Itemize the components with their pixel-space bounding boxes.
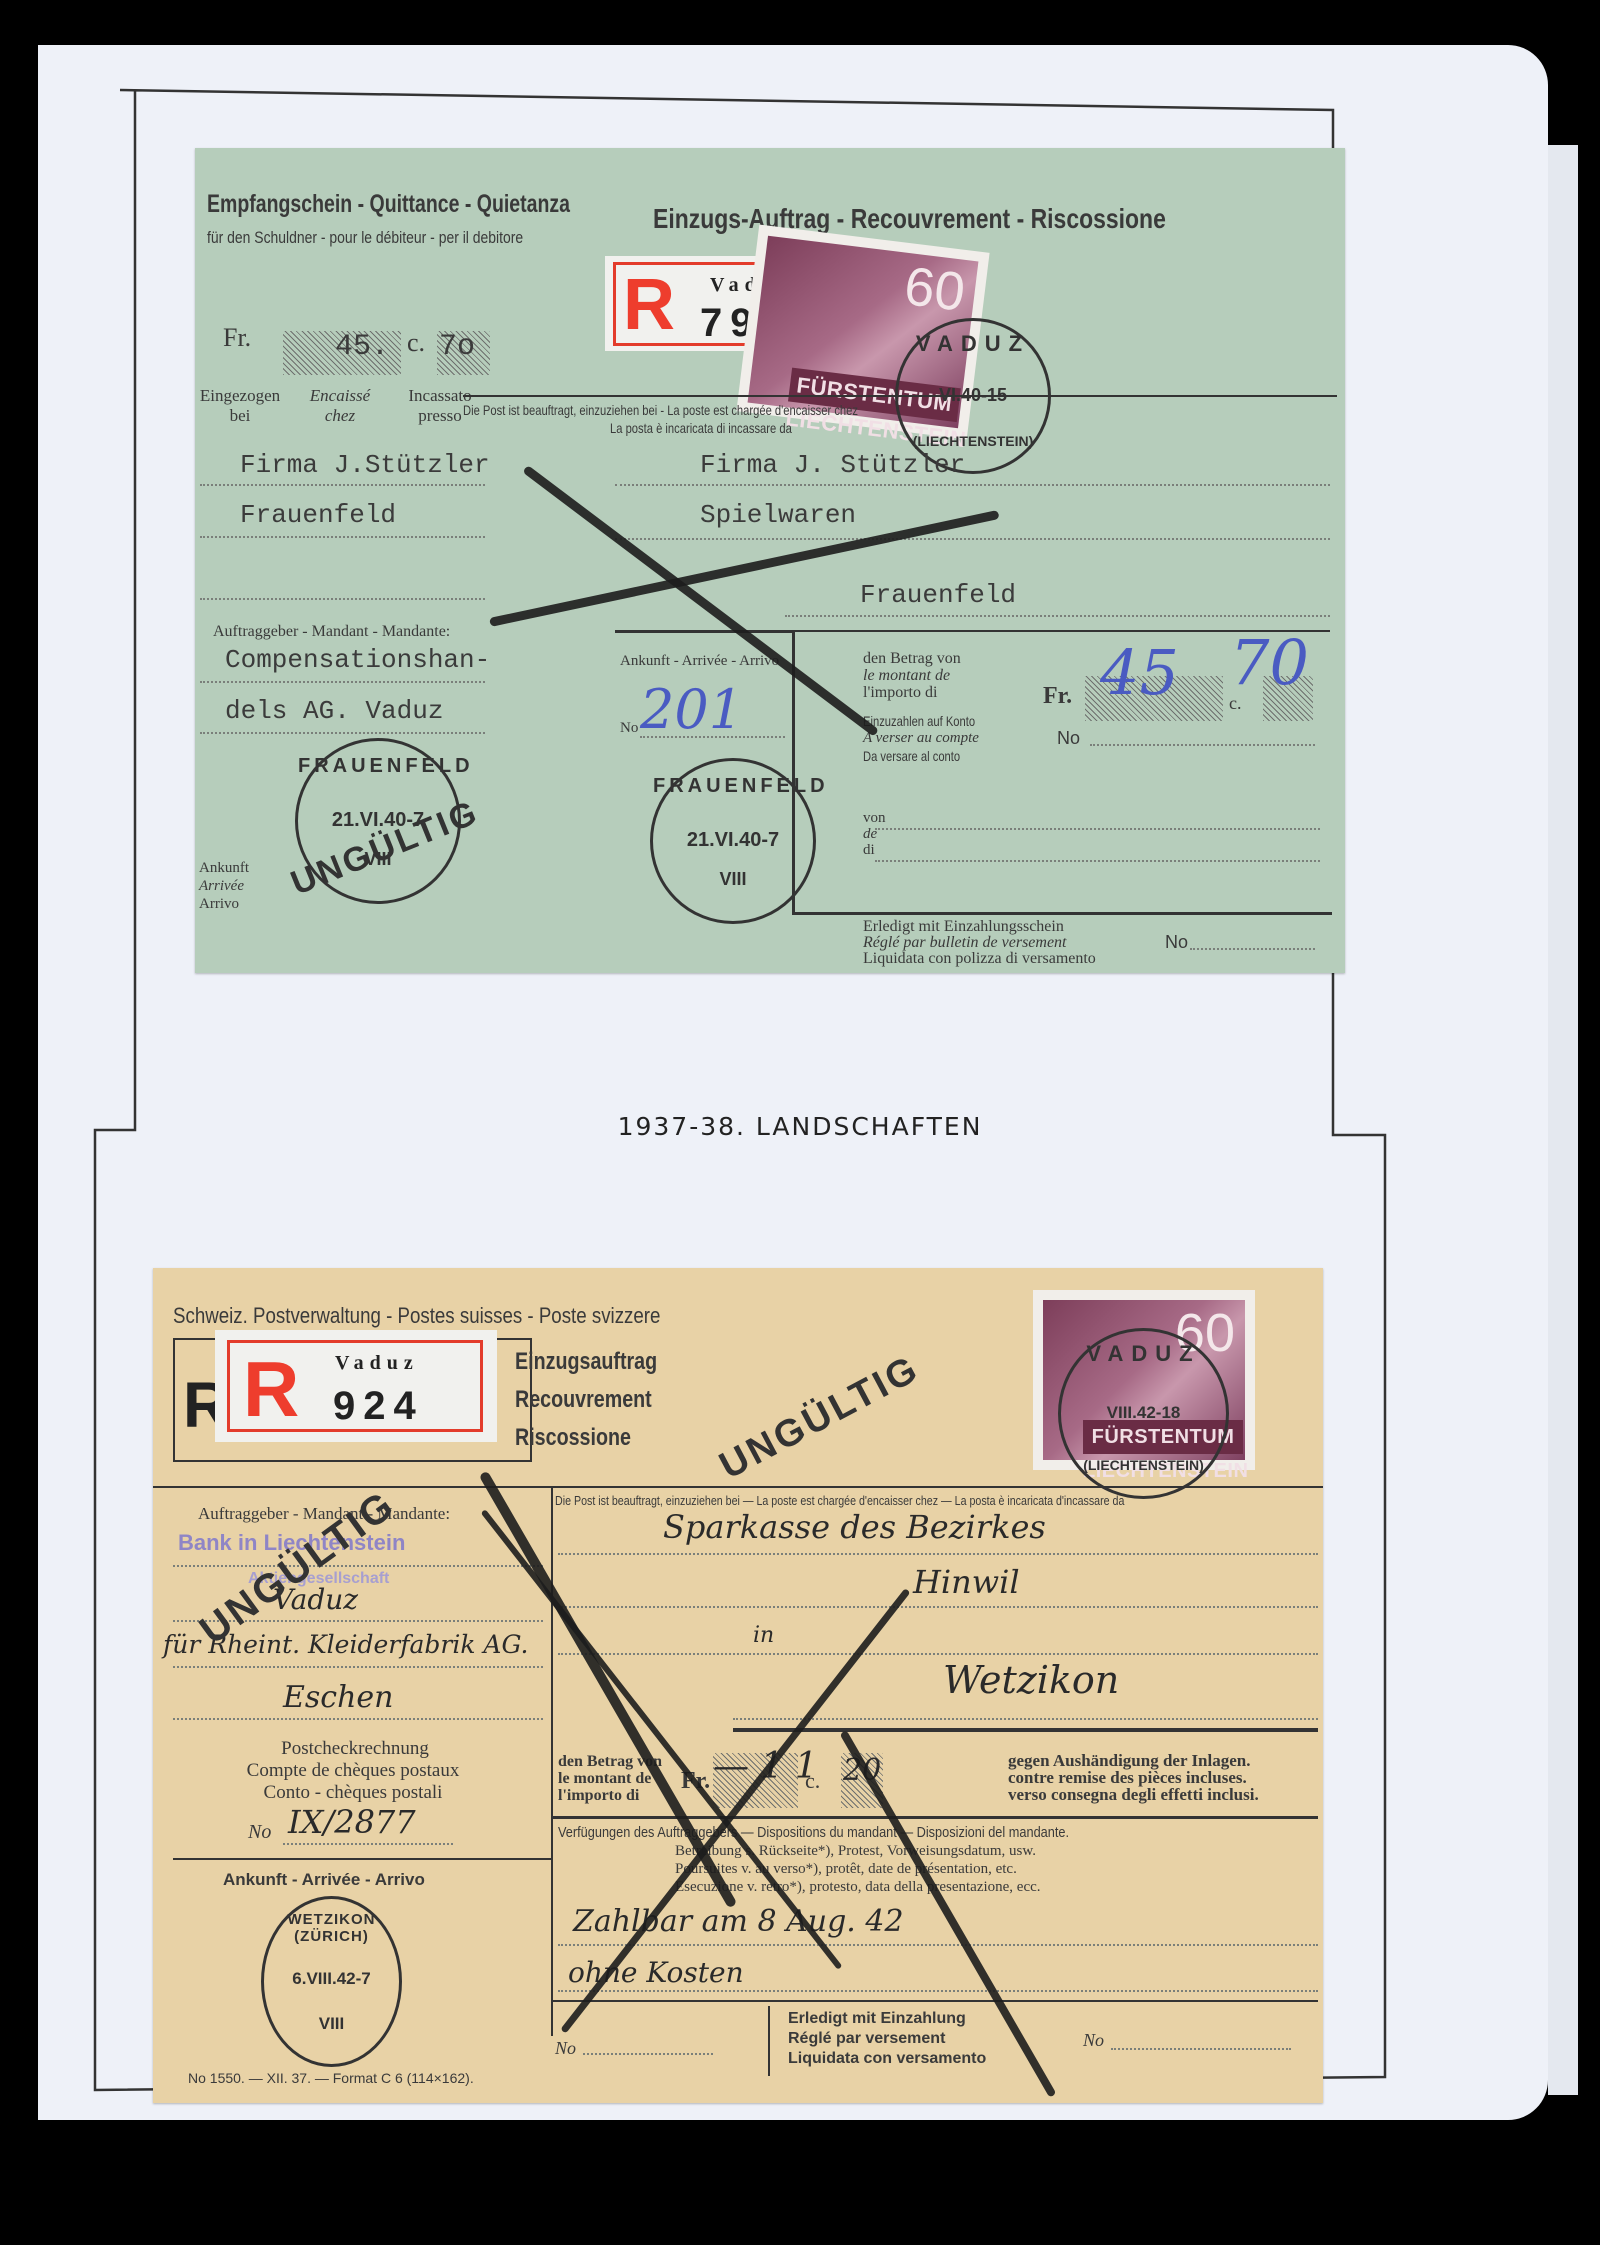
receipt-c-value: 7o [439, 330, 475, 364]
dispositions-line-1: Betreibung s. Rückseite*), Protest, Vorw… [675, 1843, 1036, 1860]
order-arrival-no-label: No [620, 720, 638, 737]
receipt-c-label: c. [407, 328, 425, 358]
addressee-line-1: Firma J. Stützler [700, 450, 965, 480]
postcheck-label-de: Postcheckrechnung [215, 1738, 495, 1760]
from-label-de: von [863, 810, 886, 827]
no-label: No [555, 2038, 576, 2059]
addressee-line-2: Spielwaren [700, 500, 856, 530]
order-instruction: Die Post ist beauftragt, einzuziehen bei… [463, 402, 858, 418]
mandant-line-2: dels AG. Vaduz [225, 696, 443, 726]
account-label-it: Da versare al conto [863, 748, 960, 764]
stamp-value: 60 [901, 255, 968, 324]
registration-label: R Vaduz 924 [215, 1330, 497, 1442]
mandant-line-1: Compensationshan- [225, 645, 490, 675]
registration-town: Vaduz [335, 1352, 419, 1375]
receipt-arrival-de: Ankunft [199, 860, 249, 877]
section-title: 1937-38. LANDSCHAFTEN [0, 1112, 1600, 1141]
order-fr-handwritten: 45 [1100, 636, 1179, 709]
account-label-de: Einzuzahlen auf Konto [863, 713, 975, 729]
addressee-handwritten-2: Hinwil [913, 1563, 1020, 1601]
debtor-line-2: Frauenfeld [240, 500, 396, 530]
registration-number: 924 [333, 1384, 424, 1429]
receipt-fr-value: 45. [335, 330, 389, 364]
order-instruction-it: La posta è incaricata di incassare da [610, 420, 792, 436]
debtor-line-1: Firma J.Stützler [240, 450, 490, 480]
cancel-ungueltig-1: UNGÜLTIG [713, 1347, 927, 1488]
registration-r: R [623, 264, 675, 346]
from-label-it: di [863, 842, 875, 859]
form-number: No 1550. — XII. 37. — Format C 6 (114×16… [188, 2070, 474, 2086]
collected-label-fr: Encaissé chez [295, 386, 385, 426]
order-heading: Einzugs-Auftrag - Recouvrement - Riscoss… [653, 203, 1166, 235]
amount-label-fr: le montant de [558, 1770, 651, 1788]
title-line-1: Einzugsauftrag [515, 1348, 657, 1376]
arrival-label: Ankunft - Arrivée - Arrivo [223, 1870, 425, 1890]
order-arrival-label: Ankunft - Arrivée - Arrivo [620, 653, 779, 670]
addressee-handwritten-1: Sparkasse des Bezirkes [663, 1508, 1046, 1546]
order-amount-label-de: den Betrag von [863, 650, 961, 668]
enclosure-label-it: verso consegna degli effetti inclusi. [1008, 1785, 1259, 1805]
order-amount-label-it: l'importo di [863, 684, 937, 702]
postmark-wetzikon: WETZIKON (ZÜRICH) 6.VIII.42-7 VIII [261, 1896, 402, 2067]
postcheck-no-label: No [248, 1821, 271, 1844]
order-fr-label: Fr. [1043, 683, 1072, 710]
receipt-arrival-it: Arrivo [199, 896, 239, 913]
collection-order-card-1942: Schweiz. Postverwaltung - Postes suisses… [153, 1268, 1323, 2103]
settled-no-label: No [1083, 2030, 1104, 2051]
title-line-2: Recouvrement [515, 1386, 652, 1414]
addressee-handwritten-in: in [753, 1623, 774, 1648]
postcheck-no-value: IX/2877 [288, 1803, 416, 1841]
mandant-handwritten-3: Eschen [283, 1680, 394, 1715]
order-c-handwritten: 70 [1230, 626, 1309, 699]
receipt-heading: Empfangschein - Quittance - Quietanza [207, 190, 570, 219]
addressee-line-3: Frauenfeld [860, 580, 1016, 610]
postcheck-label-fr: Compte de chèques postaux [193, 1760, 513, 1782]
title-line-3: Riscossione [515, 1424, 631, 1452]
dispositions-line-2: Poursuites v. au verso*), protêt, date d… [675, 1861, 1017, 1878]
collection-order-card-1940: Empfangschein - Quittance - Quietanza fü… [195, 148, 1345, 973]
postcheck-label-it: Conto - chèques postali [193, 1782, 513, 1804]
receipt-subheading: für den Schuldner - pour le débiteur - p… [207, 228, 523, 248]
postmark-vaduz: VADUZ VIII.42-18 (LIECHTENSTEIN) [1058, 1328, 1229, 1499]
receipt-fr-label: Fr. [223, 323, 251, 353]
amount-label-it: l'importo di [558, 1787, 639, 1805]
order-amount-label-fr: le montant de [863, 667, 950, 685]
settled-label-de: Erledigt mit Einzahlung [788, 2010, 966, 2028]
settled-no-label: No [1165, 932, 1188, 953]
receipt-arrival-fr: Arrivée [199, 878, 244, 895]
postmark-frauenfeld-2: FRAUENFELD 21.VI.40-7 VIII [650, 758, 816, 924]
dispositions-handwritten-1: Zahlbar am 8 Aug. 42 [573, 1904, 904, 1939]
postal-admin-header: Schweiz. Postverwaltung - Postes suisses… [173, 1303, 660, 1329]
dispositions-heading: Verfügungen des Auftraggebers — Disposit… [558, 1824, 1069, 1841]
registration-r: R [243, 1344, 299, 1435]
settled-label-it: Liquidata con versamento [788, 2050, 986, 2068]
account-label-fr: A verser au compte [863, 730, 979, 747]
collected-label-de: Eingezogen bei [195, 386, 285, 426]
settled-label-fr: Réglé par versement [788, 2030, 945, 2048]
mandant-label: Auftraggeber - Mandant - Mandante: [213, 623, 450, 641]
order-instruction: Die Post ist beauftragt, einzuziehen bei… [555, 1493, 1124, 1508]
addressee-handwritten-3: Wetzikon [943, 1658, 1119, 1702]
account-no-label: No [1057, 728, 1080, 749]
arrival-no-handwritten: 201 [640, 678, 743, 741]
settled-label-it: Liquidata con polizza di versamento [863, 950, 1096, 968]
